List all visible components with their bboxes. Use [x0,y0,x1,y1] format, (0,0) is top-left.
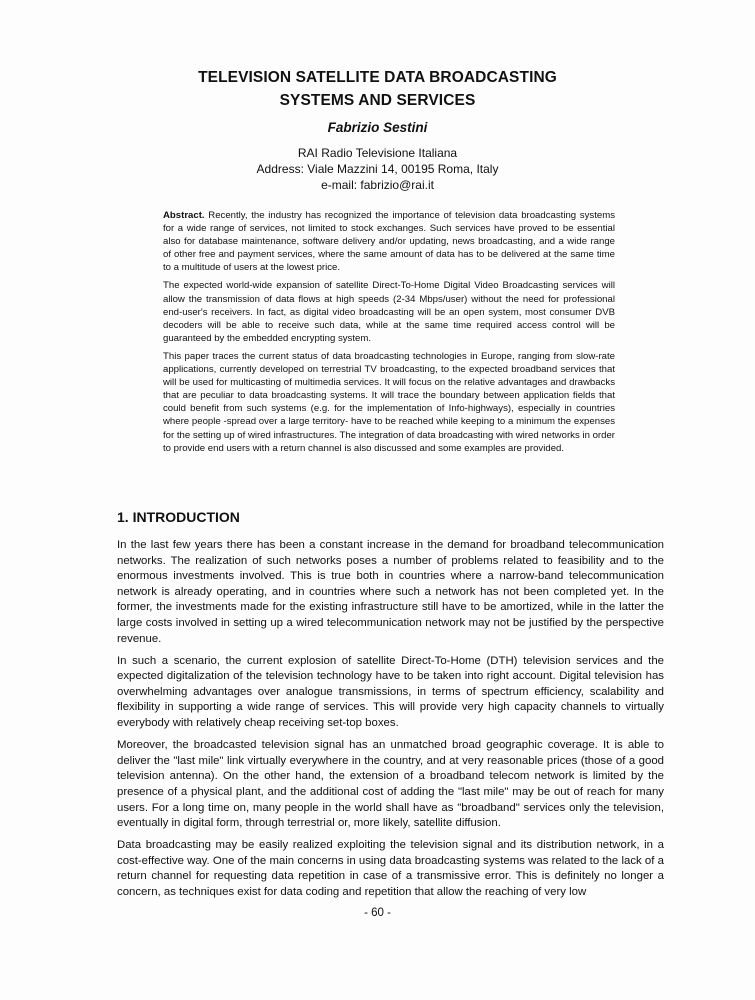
body-paragraph-3: Moreover, the broadcasted television sig… [117,738,664,832]
body-paragraph-4: Data broadcasting may be easily realized… [117,838,664,900]
page-number: - 60 - [0,905,755,921]
affiliation-address: Address: Viale Mazzini 14, 00195 Roma, I… [0,161,755,177]
affiliation-organization: RAI Radio Televisione Italiana [0,145,755,161]
introduction-body: In the last few years there has been a c… [117,538,664,907]
abstract-block: Abstract. Recently, the industry has rec… [163,209,615,460]
affiliation-block: RAI Radio Televisione Italiana Address: … [0,145,755,193]
affiliation-email: e-mail: fabrizio@rai.it [0,177,755,193]
abstract-paragraph-1: Abstract. Recently, the industry has rec… [163,209,615,274]
title-line-2: SYSTEMS AND SERVICES [0,89,755,112]
abstract-paragraph-1-text: Recently, the industry has recognized th… [163,210,615,273]
abstract-label: Abstract. [163,210,205,221]
section-heading-introduction: 1. INTRODUCTION [117,507,240,527]
paper-page: TELEVISION SATELLITE DATA BROADCASTING S… [0,0,755,1000]
title-line-1: TELEVISION SATELLITE DATA BROADCASTING [0,66,755,89]
author-name: Fabrizio Sestini [0,119,755,137]
paper-title: TELEVISION SATELLITE DATA BROADCASTING S… [0,66,755,112]
abstract-paragraph-2: The expected world-wide expansion of sat… [163,279,615,344]
body-paragraph-2: In such a scenario, the current explosio… [117,654,664,732]
abstract-paragraph-3: This paper traces the current status of … [163,350,615,455]
body-paragraph-1: In the last few years there has been a c… [117,538,664,647]
